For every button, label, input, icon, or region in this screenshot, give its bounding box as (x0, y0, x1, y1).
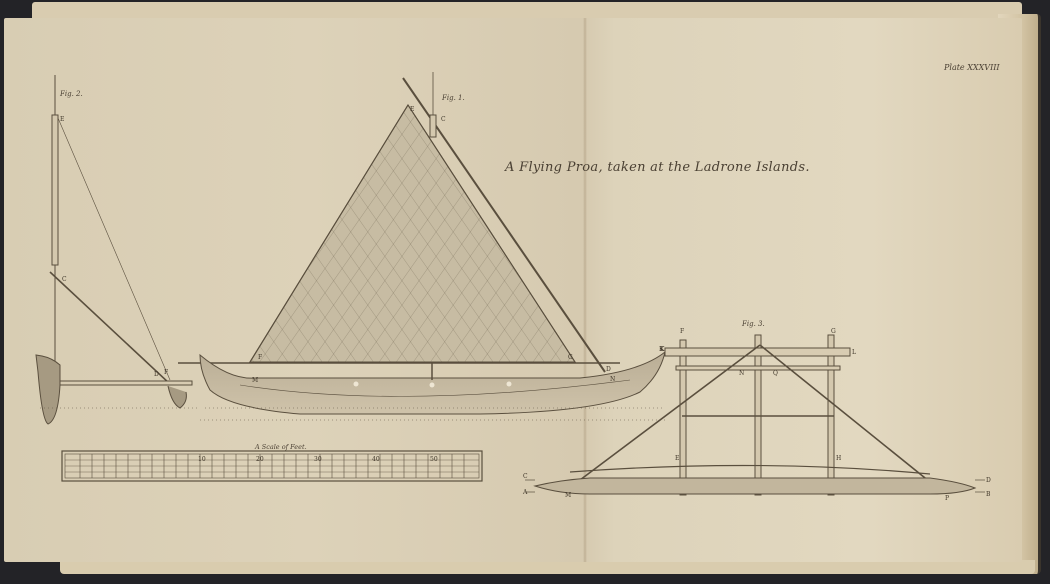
engraving-drawing (0, 0, 1050, 584)
fig3-point-c: C (523, 473, 528, 480)
fig3-point-l: L (852, 349, 856, 356)
fig2-point-c: C (62, 276, 67, 283)
fig2-point-f: F (164, 369, 168, 376)
fig1-drawing (178, 72, 665, 420)
fig3-point-g: G (831, 328, 836, 335)
fig3-point-b: B (986, 491, 990, 498)
scale-title: A Scale of Feet. (255, 443, 307, 451)
fig3-point-p: P (945, 495, 949, 502)
fig3-point-q: Q (773, 370, 778, 377)
fig1-point-d: D (606, 366, 611, 373)
fig1-point-n: N (610, 376, 615, 383)
fig3-point-n: N (739, 370, 744, 377)
fig3-point-a: A (523, 489, 527, 496)
fig2-point-d: D (154, 371, 159, 378)
fig3-point-h: H (836, 455, 841, 462)
scale-tick-50: 50 (430, 456, 438, 463)
fig1-point-c: C (441, 116, 446, 123)
fig2-point-e: E (60, 116, 64, 123)
fig1-point-f: F (258, 354, 262, 361)
fig3-point-f: F (680, 328, 684, 335)
fig3-point-k: K (660, 346, 664, 353)
fig3-drawing (525, 335, 985, 495)
fig1-point-g: G (568, 354, 573, 361)
scale-of-feet (62, 451, 482, 481)
fig1-point-m: M (252, 377, 258, 384)
fig1-point-e: E (410, 106, 414, 113)
fig3-point-m: M (565, 492, 571, 499)
fig3-point-d: D (986, 477, 991, 484)
scale-tick-40: 40 (372, 456, 380, 463)
scale-tick-30: 30 (314, 456, 322, 463)
fig3-point-e: E (675, 455, 679, 462)
scale-tick-20: 20 (256, 456, 264, 463)
fig2-drawing (36, 75, 200, 424)
scale-tick-10: 10 (198, 456, 206, 463)
